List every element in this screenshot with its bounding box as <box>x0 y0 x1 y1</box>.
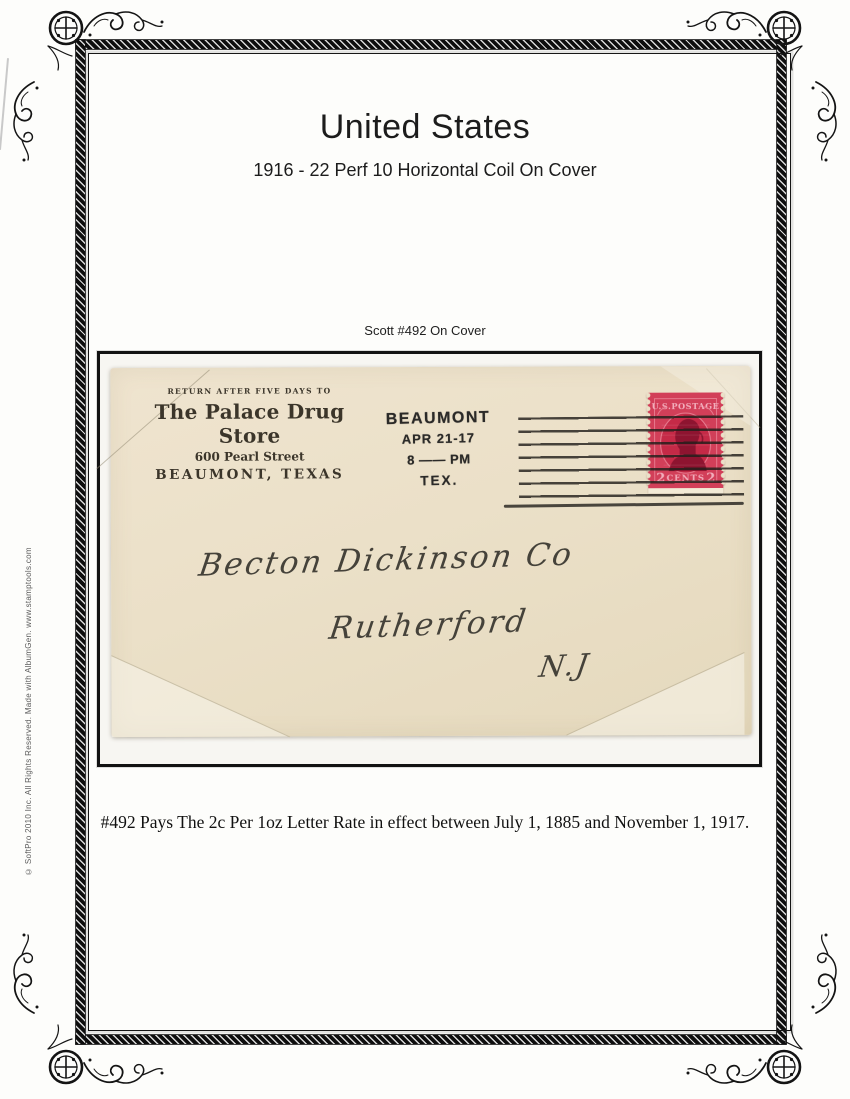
page-subtitle: 1916 - 22 Perf 10 Horizontal Coil On Cov… <box>0 160 850 181</box>
address-line2: Rutherford <box>327 603 531 647</box>
stamp-caption: Scott #492 On Cover <box>0 323 850 338</box>
postmark-time: 8 —— PM <box>373 448 505 472</box>
border-band-top <box>76 40 786 49</box>
return-address: RETURN AFTER FIVE DAYS TO The Palace Dru… <box>130 386 368 483</box>
address-line1: Becton Dickinson Co <box>196 537 576 584</box>
album-page: United States 1916 - 22 Perf 10 Horizont… <box>0 0 850 1099</box>
page-title: United States <box>0 105 850 149</box>
address-line3: N.J <box>537 647 593 684</box>
postmark-city: BEAUMONT <box>372 408 504 431</box>
return-address-line3: 600 Pearl Street <box>131 449 369 464</box>
return-address-line4: BEAUMONT, TEXAS <box>131 466 369 483</box>
corner-flourish-bottom-left-icon <box>4 933 164 1093</box>
copyright-sidebar: © SoftPro 2010 Inc. All Rights Reserved.… <box>24 592 38 876</box>
postmark-state: TEX. <box>373 469 505 493</box>
border-band-bottom <box>76 1035 786 1044</box>
postmark-date: APR 21-17 <box>372 428 504 451</box>
return-address-line2: The Palace Drug Store <box>130 399 368 448</box>
cancellation-killer-bars <box>518 415 744 505</box>
envelope-cover: RETURN AFTER FIVE DAYS TO The Palace Dru… <box>110 366 751 737</box>
rate-note: #492 Pays The 2c Per 1oz Letter Rate in … <box>0 812 850 833</box>
border-band-left <box>76 40 85 1044</box>
corner-flourish-bottom-right-icon <box>686 933 846 1093</box>
cover-frame: RETURN AFTER FIVE DAYS TO The Palace Dru… <box>97 351 762 767</box>
return-address-line1: RETURN AFTER FIVE DAYS TO <box>130 386 368 396</box>
postmark: BEAUMONT APR 21-17 8 —— PM TEX. <box>372 408 506 493</box>
stamp-top-text: U.S.POSTAGE <box>652 401 720 411</box>
